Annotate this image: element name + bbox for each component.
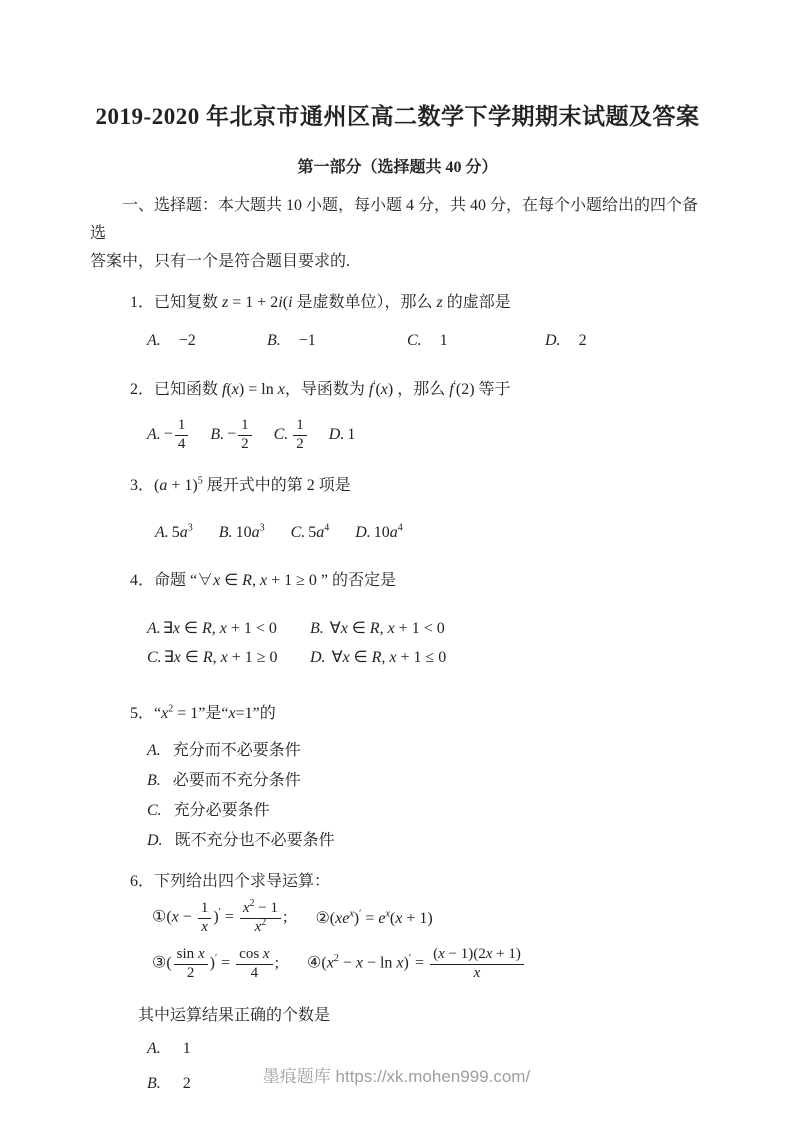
question-3-option-d: D.10a4 <box>355 524 403 541</box>
question-1-options: A.−2 B.−1 C.1 D.2 <box>147 332 705 350</box>
option-label: A. <box>155 524 169 541</box>
question-3-option-a: A.5a3 <box>155 524 193 541</box>
question-4-options-row-1: A.∃x ∈ R, x + 1 < 0 B. ∀x ∈ R, x + 1 < 0 <box>147 614 705 643</box>
question-5-options: A.充分而不必要条件 B.必要而不充分条件 C.充分必要条件 D.既不充分也不必… <box>147 736 705 856</box>
option-value: 5a4 <box>308 524 329 541</box>
option-value: 10a3 <box>236 524 265 541</box>
option-value: 充分必要条件 <box>174 802 270 819</box>
question-2-stem: 2．已知函数 f(x) = ln x，导函数为 f′(x) ，那么 f′(2) … <box>130 377 705 403</box>
option-value: 1 <box>347 426 355 444</box>
section-header: 第一部分（选择题共 40 分） <box>90 157 705 179</box>
exam-document-page: 2019-2020 年北京市通州区高二数学下学期期末试题及答案 第一部分（选择题… <box>0 0 793 1122</box>
option-label: A. <box>147 332 161 349</box>
question-6-option-a: A.1 <box>147 1038 705 1060</box>
option-label: B. <box>147 772 161 789</box>
option-label: A. <box>147 620 161 637</box>
option-value: ∀x ∈ R, x + 1 < 0 <box>326 620 445 637</box>
question-4-option-c: C.∃x ∈ R, x + 1 ≥ 0 <box>147 643 310 672</box>
option-value: ∃x ∈ R, x + 1 ≥ 0 <box>164 649 278 666</box>
option-label: D. <box>147 832 163 849</box>
question-5-option-c: C.充分必要条件 <box>147 796 705 826</box>
question-5-option-d: D.既不充分也不必要条件 <box>147 826 705 856</box>
question-3-options: A.5a3 B.10a3 C.5a4 D.10a4 <box>155 524 705 542</box>
question-4-option-b: B. ∀x ∈ R, x + 1 < 0 <box>310 614 445 643</box>
option-label: C. <box>147 649 162 666</box>
option-label: B. <box>219 524 233 541</box>
question-4-options: A.∃x ∈ R, x + 1 < 0 B. ∀x ∈ R, x + 1 < 0… <box>147 614 705 672</box>
option-label: A. <box>147 1040 161 1057</box>
question-1-option-a: A.−2 <box>147 332 267 350</box>
option-label: B. <box>210 426 224 444</box>
derivative-formula-3: ③(sin x2)′ = cos x4; <box>152 946 279 982</box>
option-label: A. <box>147 426 161 444</box>
question-5-option-b: B.必要而不充分条件 <box>147 766 705 796</box>
question-4-options-row-2: C.∃x ∈ R, x + 1 ≥ 0 D. ∀x ∈ R, x + 1 ≤ 0 <box>147 643 705 672</box>
option-label: C. <box>147 802 162 819</box>
intro-paragraph: 一、选择题：本大题共 10 小题，每小题 4 分，共 40 分，在每个小题给出的… <box>90 192 705 276</box>
question-5-option-a: A.充分而不必要条件 <box>147 736 705 766</box>
option-label: C. <box>274 426 289 444</box>
question-4-option-a: A.∃x ∈ R, x + 1 < 0 <box>147 614 310 643</box>
question-6-formula-row-2: ③(sin x2)′ = cos x4; ④(x2 − x − ln x)′ =… <box>152 941 705 987</box>
question-1-option-d: D.2 <box>545 332 587 350</box>
question-2-option-a: A.−14 <box>147 417 190 453</box>
option-value: ∃x ∈ R, x + 1 < 0 <box>163 620 277 637</box>
question-3-option-b: B.10a3 <box>219 524 265 541</box>
option-label: B. <box>310 620 324 637</box>
watermark-footer: 墨痕题库 https://xk.mohen999.com/ <box>0 1062 793 1087</box>
option-value: 5a3 <box>172 524 193 541</box>
page-title: 2019-2020 年北京市通州区高二数学下学期期末试题及答案 <box>90 102 705 132</box>
option-value: 必要而不充分条件 <box>173 772 301 789</box>
question-6-post-text: 其中运算结果正确的个数是 <box>138 1002 705 1025</box>
question-4-stem: 4．命题 “∀x ∈ R, x + 1 ≥ 0 ” 的否定是 <box>130 568 705 594</box>
option-value: 12 <box>291 417 309 453</box>
question-6-stem: 6．下列给出四个求导运算： <box>130 869 705 895</box>
question-2-option-c: C.12 <box>274 417 309 453</box>
option-label: D. <box>545 332 561 349</box>
option-value: 充分而不必要条件 <box>173 742 301 759</box>
option-value: −1 <box>299 332 316 349</box>
option-label: D. <box>310 649 326 666</box>
question-6-formula-row-1: ①(x − 1x)′ = x2 − 1x2; ②(xex)′ = ex(x + … <box>152 895 705 941</box>
question-2-options: A.−14 B.−12 C.12 D.1 <box>147 411 705 459</box>
question-4-option-d: D. ∀x ∈ R, x + 1 ≤ 0 <box>310 643 446 672</box>
option-value: 2 <box>579 332 587 349</box>
question-3-option-c: C.5a4 <box>291 524 330 541</box>
option-label: D. <box>355 524 371 541</box>
question-3-stem: 3．(a + 1)5 展开式中的第 2 项是 <box>130 473 705 499</box>
derivative-formula-2: ②(xex)′ = ex(x + 1) <box>315 908 432 928</box>
option-value: 1 <box>440 332 448 349</box>
option-value: −2 <box>179 332 196 349</box>
option-value: 既不充分也不必要条件 <box>175 832 335 849</box>
derivative-formula-4: ④(x2 − x − ln x)′ = (x − 1)(2x + 1)x <box>307 946 526 982</box>
derivative-formula-1: ①(x − 1x)′ = x2 − 1x2; <box>152 900 287 936</box>
option-label: A. <box>147 742 161 759</box>
option-value: −14 <box>164 417 191 453</box>
option-label: C. <box>291 524 306 541</box>
option-value: 10a4 <box>374 524 403 541</box>
question-1-option-c: C.1 <box>407 332 545 350</box>
question-2-option-b: B.−12 <box>210 417 253 453</box>
option-label: C. <box>407 332 422 349</box>
question-1-stem: 1．已知复数 z = 1 + 2i(i 是虚数单位），那么 z 的虚部是 <box>130 290 705 316</box>
option-value: −12 <box>227 417 254 453</box>
option-label: D. <box>329 426 345 444</box>
intro-line-2: 答案中，只有一个是符合题目要求的. <box>90 248 705 276</box>
intro-line-1: 一、选择题：本大题共 10 小题，每小题 4 分，共 40 分，在每个小题给出的… <box>90 192 705 248</box>
question-1-option-b: B.−1 <box>267 332 407 350</box>
option-value: 1 <box>183 1040 191 1057</box>
question-2-option-d: D.1 <box>329 426 356 444</box>
option-label: B. <box>267 332 281 349</box>
option-value: ∀x ∈ R, x + 1 ≤ 0 <box>328 649 447 666</box>
question-5-stem: 5．“x2 = 1”是“x=1”的 <box>130 701 705 727</box>
